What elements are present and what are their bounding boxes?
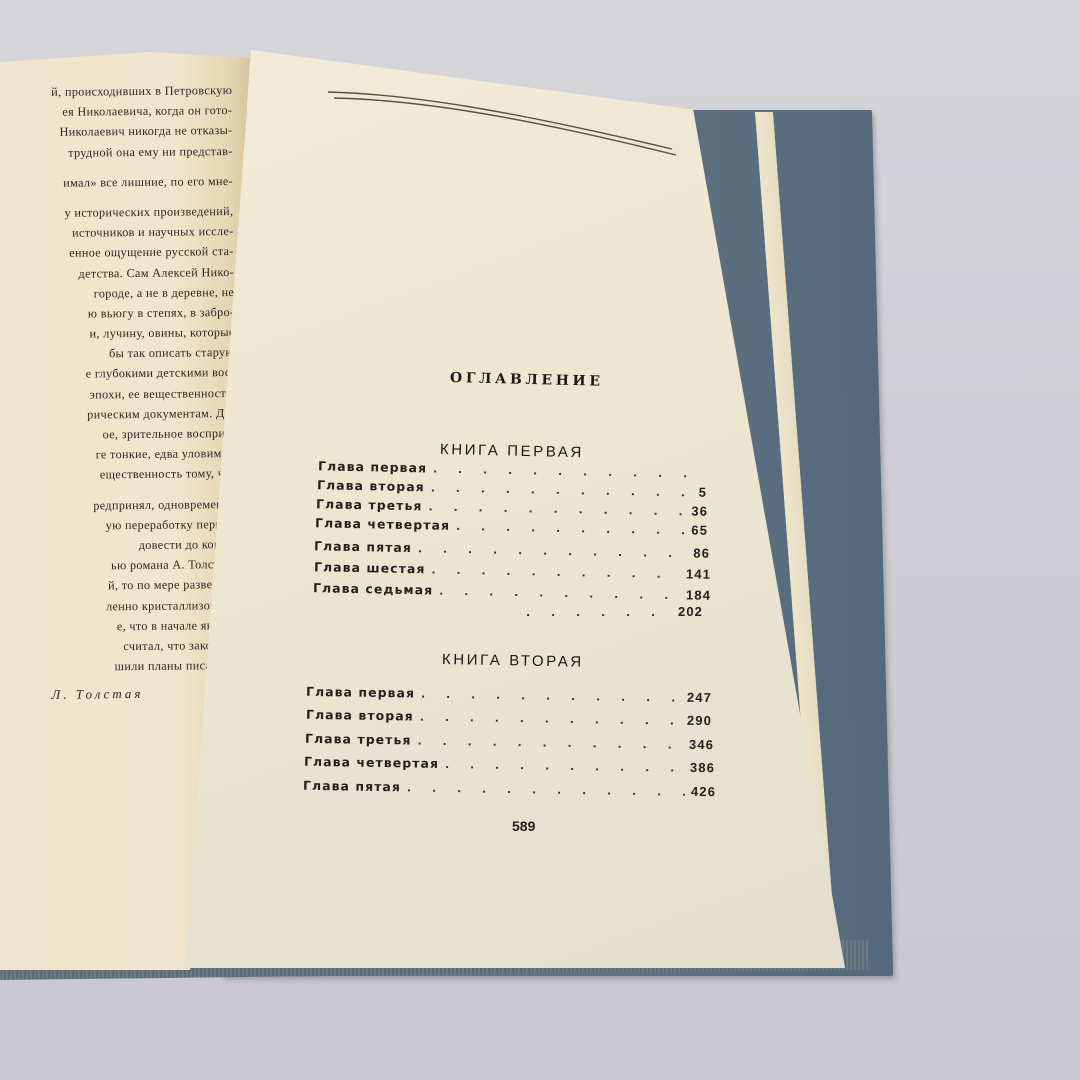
chapter-label: Глава четвертая [304,754,439,771]
book-heading: КНИГА ВТОРАЯ [442,651,584,671]
dot-leader: . . . . . . . . . . . . . . . . . . . . … [420,711,681,728]
toc-entry: Глава четвертая . . . . . . . . . . . . … [304,754,715,778]
page-ref: 36 [691,503,708,518]
dot-leader: . . . . . . . . . . . . . . . . . . . . … [439,585,680,603]
book-photo: й, происходивших в Петровскую ея Николае… [0,0,1080,1080]
toc-title: ОГЛАВЛЕНИЕ [450,370,604,390]
dot-leader: . . . . . . . . . . . . . . . [526,606,672,619]
page-ref: 290 [687,713,712,728]
chapter-label: Глава вторая [317,477,425,494]
chapter-label: Глава первая [318,458,427,475]
toc-entry: Глава третья . . . . . . . . . . . . . .… [305,731,714,755]
toc-entry: Глава седьмая . . . . . . . . . . . . . … [313,580,711,606]
toc-entry: Глава первая . . . . . . . . . . . . . .… [306,684,712,708]
page-ref: 5 [699,485,708,500]
page-ref: 141 [686,566,711,581]
chapter-label: Глава первая [306,684,415,701]
page-ref: 346 [689,737,714,752]
dot-leader: . . . . . . . . . . . . . . . . . . . . … [433,463,698,481]
chapter-label: Глава седьмая [313,580,433,597]
chapter-label: Глава пятая [303,778,401,795]
table-of-contents: ОГЛАВЛЕНИЕ КНИГА ПЕРВАЯ Глава первая . .… [0,0,1080,1080]
chapter-label: Глава вторая [306,707,414,724]
page-ref: 386 [690,760,715,775]
dot-leader: . . . . . . . . . . . . . . . . . . . . … [418,542,688,560]
toc-entry: Глава вторая . . . . . . . . . . . . . .… [306,707,712,731]
dot-leader: . . . . . . . . . . . . . . . . . . . . … [428,500,685,518]
page-ref: 86 [693,545,710,560]
toc-entry: Глава пятая . . . . . . . . . . . . . . … [303,778,716,802]
dot-leader: . . . . . . . . . . . . . . . . . . . . … [456,520,685,537]
page-ref: 202 [678,604,703,619]
chapter-label: Глава шестая [314,559,426,576]
page-ref: 65 [691,522,708,537]
page-ref: 247 [687,690,712,705]
dot-leader: . . . . . . . . . . . . . . . . . . . . … [445,758,684,775]
page-number: 589 [512,818,535,834]
chapter-label: Глава третья [316,496,423,513]
chapter-label: Глава пятая [314,538,412,555]
dot-leader: . . . . . . . . . . . . . . . . . . . . … [431,481,693,499]
toc-entry: . . . . . . . . . . . . . . . 202 [520,604,703,622]
dot-leader: . . . . . . . . . . . . . . . . . . . . … [417,735,683,752]
page-ref: 426 [691,784,716,799]
dot-leader: . . . . . . . . . . . . . . . . . . . . … [431,563,680,581]
book-heading: КНИГА ПЕРВАЯ [440,441,584,461]
dot-leader: . . . . . . . . . . . . . . . . . . . . … [407,781,685,798]
page-ref: 184 [686,587,711,602]
chapter-label: Глава третья [305,731,412,748]
chapter-label: Глава четвертая [315,515,450,533]
dot-leader: . . . . . . . . . . . . . . . . . . . . … [421,688,681,705]
